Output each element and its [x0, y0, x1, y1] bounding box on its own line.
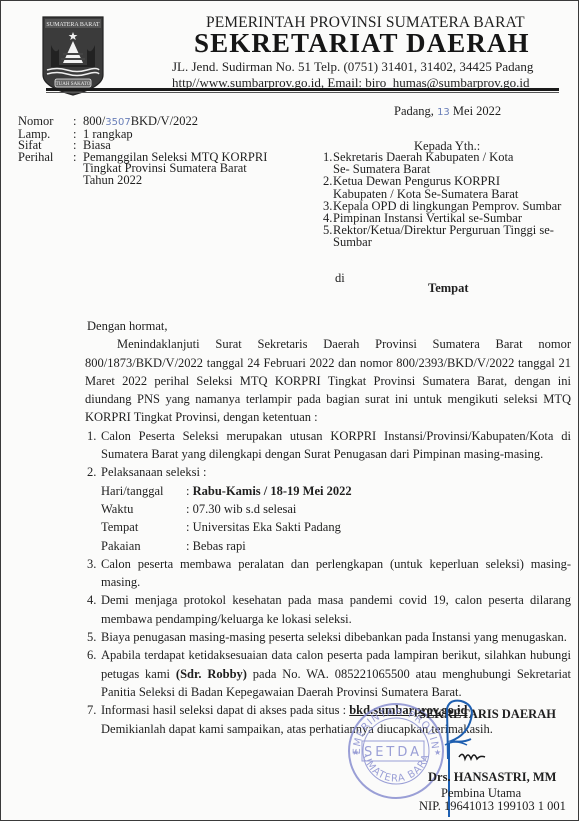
- letter-page: SUMATERA BARAT TUAH SAKATO PEMERINTAH PR…: [0, 0, 579, 821]
- greeting: Dengan hormat,: [87, 317, 571, 335]
- header-rule-thin: [46, 92, 559, 93]
- provision-item: 5.Biaya penugasan masing-masing peserta …: [87, 628, 571, 646]
- detail-row: Hari/tanggal: Rabu-Kamis / 18-19 Mei 202…: [87, 482, 571, 500]
- svg-text:SETDA: SETDA: [364, 745, 422, 760]
- meta-lampiran: Lamp. : 1 rangkap: [18, 129, 267, 141]
- recipient-di: di: [335, 271, 345, 286]
- detail-row: Tempat: Universitas Eka Sakti Padang: [87, 518, 571, 536]
- svg-text:SUMATERA BARAT: SUMATERA BARAT: [46, 22, 100, 28]
- signatory-name: Drs. HANSASTRI, MM: [428, 770, 556, 785]
- closing-sentence: Demikianlah dapat kami sampaikan, atas p…: [87, 720, 571, 738]
- office-address: JL. Jend. Sudirman No. 51 Telp. (0751) 3…: [172, 59, 533, 75]
- svg-text:★: ★: [352, 748, 359, 757]
- letter-date: Padang, 13 Mei 2022: [394, 104, 501, 119]
- detail-row: Waktu: 07.30 wib s.d selesai: [87, 500, 571, 518]
- provision-item: 2.Pelaksanaan seleksi :: [87, 463, 571, 481]
- letter-body: Dengan hormat, Menindaklanjuti Surat Sek…: [87, 317, 571, 738]
- header-rule: [46, 88, 559, 91]
- provision-item: 3.Calon peserta membawa peralatan dan pe…: [87, 555, 571, 592]
- signatory-nip: NIP. 19641013 199103 1 001: [419, 799, 566, 814]
- letter-meta: Nomor : 800/3507BKD/V/2022 Lamp. : 1 ran…: [18, 116, 267, 186]
- detail-row: Pakaian: Bebas rapi: [87, 537, 571, 555]
- provision-item: 6.Apabila terdapat ketidaksesuaian data …: [87, 646, 571, 701]
- meta-nomor: Nomor : 800/3507BKD/V/2022: [18, 116, 267, 129]
- svg-text:TUAH SAKATO: TUAH SAKATO: [56, 82, 91, 87]
- recipient-item: 2.Ketua Dewan Pengurus KORPRI: [323, 175, 561, 187]
- handwritten-day: 13: [437, 107, 450, 118]
- recipient-list: 1.Sekretaris Daerah Kabupaten / Kota Se-…: [323, 151, 561, 249]
- provision-item: 1.Calon Peserta Seleksi merupakan utusan…: [87, 427, 571, 464]
- intro-paragraph: Menindaklanjuti Surat Sekretaris Daerah …: [85, 335, 571, 426]
- recipient-place: Tempat: [428, 281, 469, 296]
- provision-item: 4.Demi menjaga protokol kesehatan pada m…: [87, 591, 571, 628]
- office-name: SEKRETARIAT DAERAH: [194, 28, 530, 59]
- meta-perihal: Perihal : Pemanggilan Seleksi MTQ KORPRI…: [18, 152, 267, 187]
- province-emblem-logo: SUMATERA BARAT TUAH SAKATO: [41, 15, 105, 97]
- provisions-list: 1.Calon Peserta Seleksi merupakan utusan…: [87, 427, 571, 482]
